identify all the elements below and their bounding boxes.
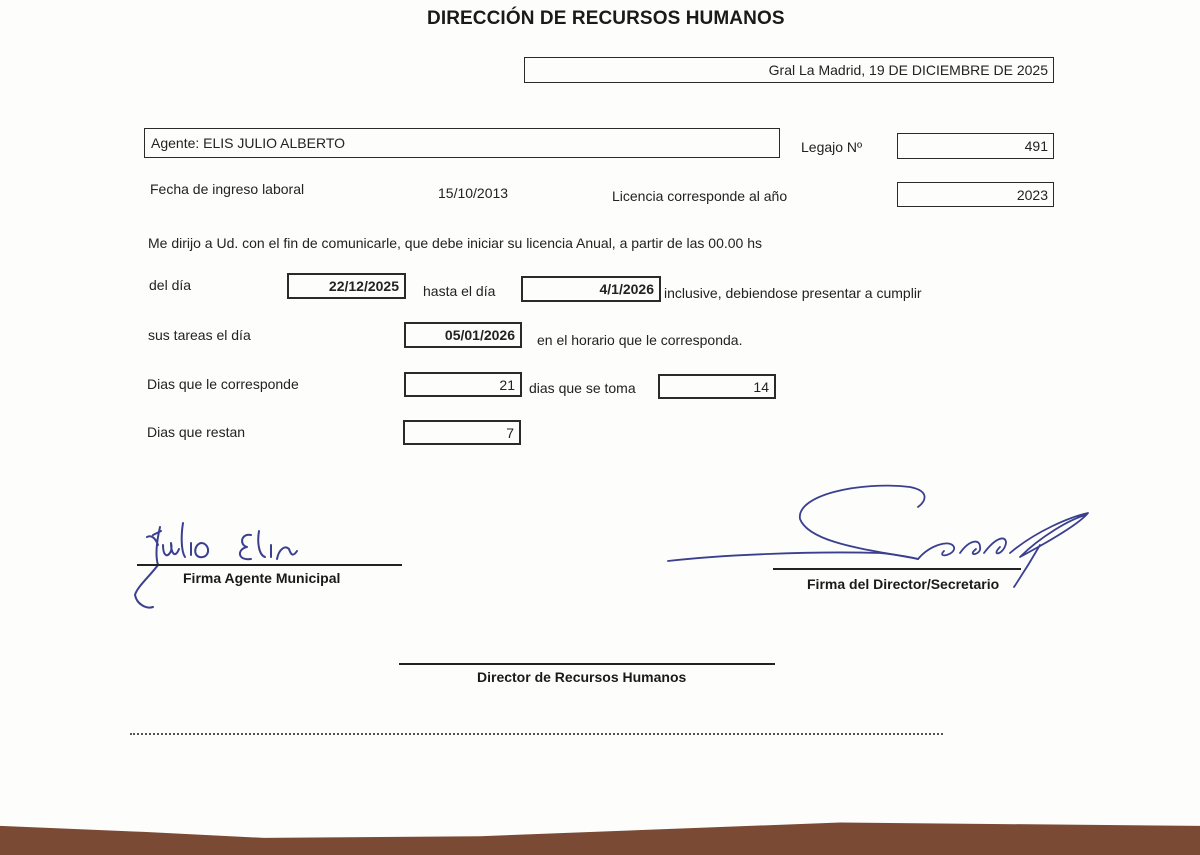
place-date-field: Gral La Madrid, 19 DE DICIEMBRE DE 2025	[524, 57, 1054, 83]
dias-corresponde-label: Dias que le corresponde	[147, 376, 299, 392]
legajo-value: 491	[1025, 138, 1048, 154]
sus-tareas-label: sus tareas el día	[148, 327, 251, 343]
place-date-text: Gral La Madrid, 19 DE DICIEMBRE DE 2025	[769, 62, 1048, 78]
del-dia-label: del día	[149, 277, 191, 293]
dias-restan-value: 7	[506, 425, 514, 441]
legajo-field: 491	[897, 133, 1054, 159]
inclusive-text: inclusive, debiendose presentar a cumpli…	[664, 285, 922, 301]
dias-toma-label: dias que se toma	[529, 380, 636, 396]
return-date-field: 05/01/2026	[404, 322, 522, 348]
document-title: DIRECCIÓN DE RECURSOS HUMANOS	[427, 8, 785, 30]
horario-text: en el horario que le corresponda.	[537, 332, 742, 348]
dias-toma-field: 14	[658, 374, 776, 399]
agent-signature-label: Firma Agente Municipal	[183, 570, 340, 586]
ingreso-label: Fecha de ingreso laboral	[150, 181, 304, 197]
dias-corresponde-field: 21	[404, 372, 522, 397]
start-date-value: 22/12/2025	[329, 278, 399, 294]
agent-name-text: Agente: ELIS JULIO ALBERTO	[151, 135, 345, 151]
dias-corresponde-value: 21	[499, 377, 515, 393]
return-date-value: 05/01/2026	[445, 327, 515, 343]
rrhh-signature-line	[399, 663, 775, 665]
director-signature-line	[773, 568, 1021, 570]
hasta-label: hasta el día	[423, 283, 495, 299]
director-signature-label: Firma del Director/Secretario	[807, 576, 999, 592]
ingreso-value: 15/10/2013	[438, 185, 508, 201]
rrhh-signature-label: Director de Recursos Humanos	[477, 669, 686, 685]
agent-signature-line	[137, 564, 402, 566]
agent-name-field: Agente: ELIS JULIO ALBERTO	[144, 128, 780, 158]
intro-text: Me dirijo a Ud. con el fin de comunicarl…	[148, 235, 762, 251]
licencia-year-field: 2023	[897, 182, 1054, 207]
licencia-label: Licencia corresponde al año	[612, 188, 787, 204]
dias-restan-label: Dias que restan	[147, 424, 245, 440]
start-date-field: 22/12/2025	[287, 273, 406, 299]
cut-line	[130, 733, 943, 735]
dias-toma-value: 14	[753, 379, 769, 395]
end-date-field: 4/1/2026	[521, 276, 661, 302]
document-page: DIRECCIÓN DE RECURSOS HUMANOS Gral La Ma…	[0, 0, 1200, 855]
dias-restan-field: 7	[403, 420, 521, 445]
legajo-label: Legajo Nº	[801, 139, 862, 155]
end-date-value: 4/1/2026	[600, 281, 655, 297]
licencia-year-value: 2023	[1017, 187, 1048, 203]
